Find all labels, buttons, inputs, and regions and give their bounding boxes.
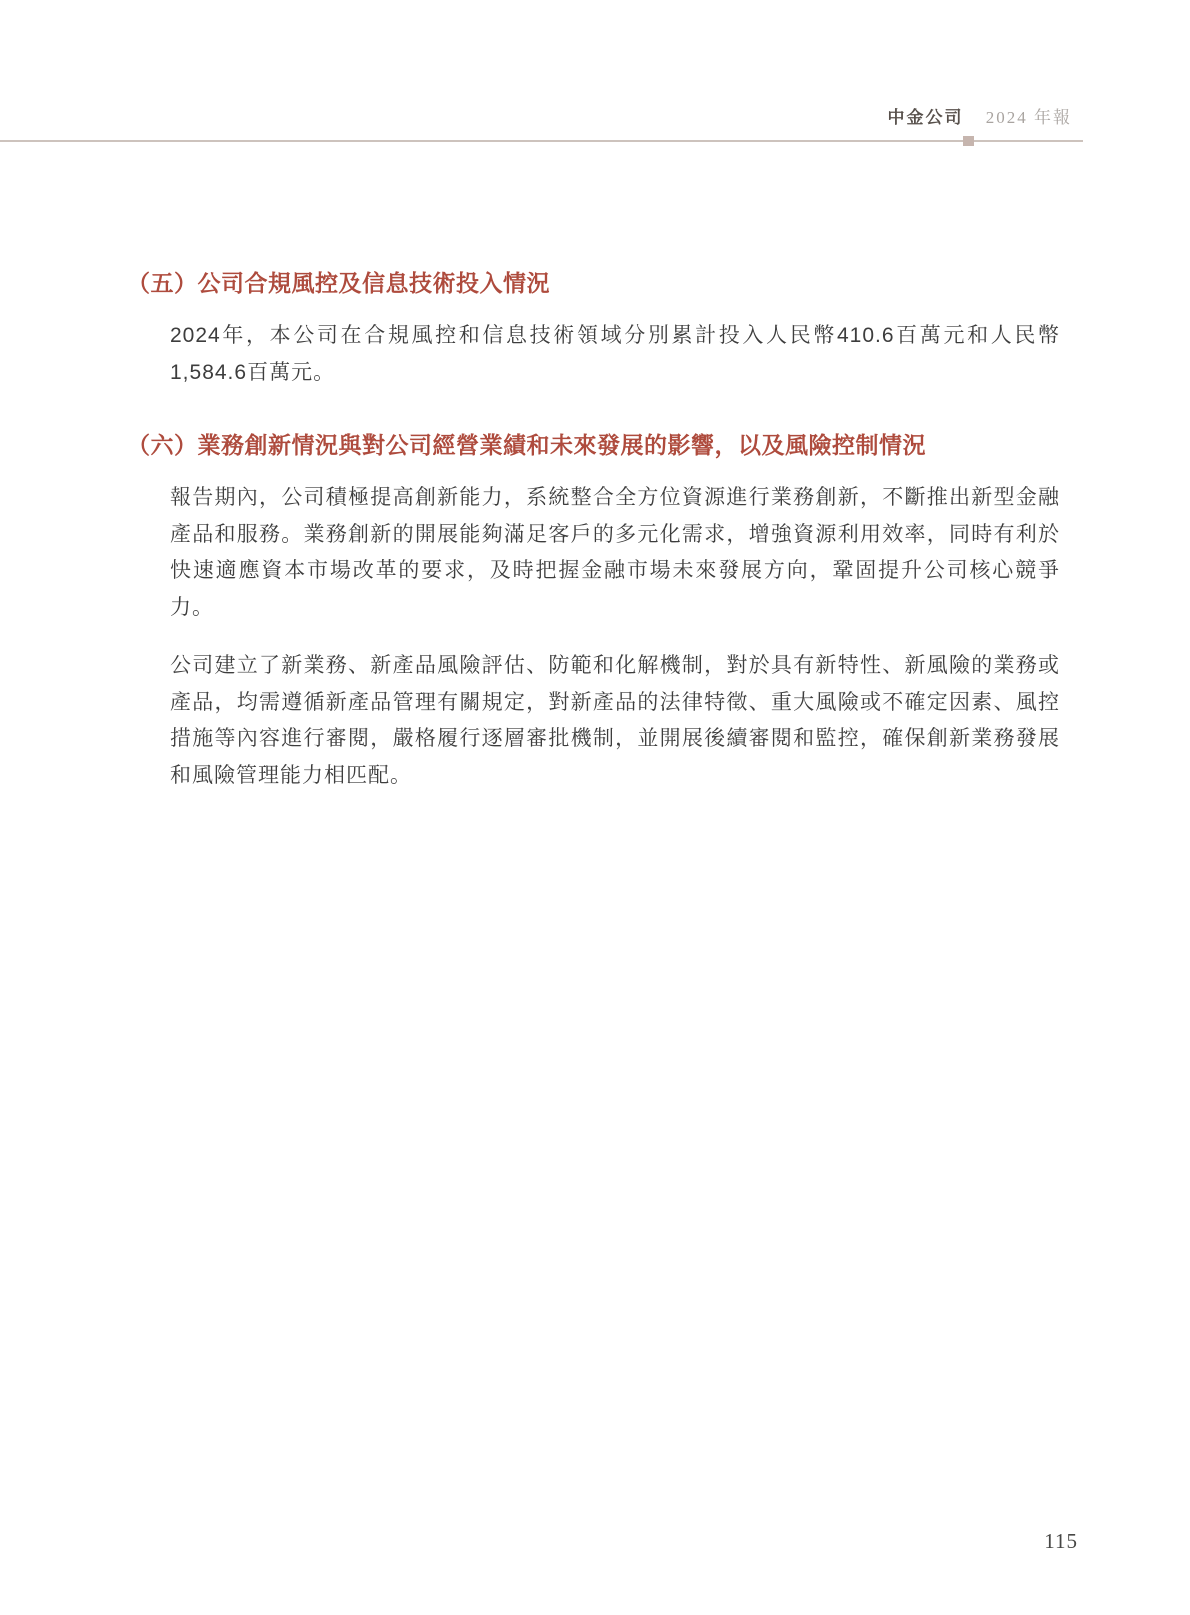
section-number: （五） [127,266,198,300]
report-edition: 2024 年報 [986,108,1072,127]
rule-square-marker [963,136,974,146]
section-heading: （六）業務創新情況與對公司經營業績和未來發展的影響，以及風險控制情況 [127,428,1060,462]
page-content: （五）公司合規風控及信息技術投入情況 2024年，本公司在合規風控和信息技術領域… [127,266,1060,794]
section-paragraph: 報告期內，公司積極提高創新能力，系統整合全方位資源進行業務創新，不斷推出新型金融… [170,480,1060,626]
section-paragraph: 2024年，本公司在合規風控和信息技術領域分別累計投入人民幣410.6百萬元和人… [170,318,1060,391]
header-rule [0,140,1083,142]
section-compliance-it-investment: （五）公司合規風控及信息技術投入情況 2024年，本公司在合規風控和信息技術領域… [127,266,1060,391]
section-paragraph: 公司建立了新業務、新產品風險評估、防範和化解機制，對於具有新特性、新風險的業務或… [170,648,1060,794]
section-business-innovation: （六）業務創新情況與對公司經營業績和未來發展的影響，以及風險控制情況 報告期內，… [127,428,1060,794]
annual-report-page: 中金公司 2024 年報 （五）公司合規風控及信息技術投入情況 2024年，本公… [0,0,1190,1615]
company-name: 中金公司 [888,108,964,127]
running-header: 中金公司 2024 年報 [888,103,1073,128]
section-heading: （五）公司合規風控及信息技術投入情況 [127,266,1060,300]
section-title: 業務創新情況與對公司經營業績和未來發展的影響，以及風險控制情況 [198,432,927,458]
section-number: （六） [127,428,198,462]
page-number: 115 [1044,1529,1078,1554]
section-title: 公司合規風控及信息技術投入情況 [198,270,551,296]
